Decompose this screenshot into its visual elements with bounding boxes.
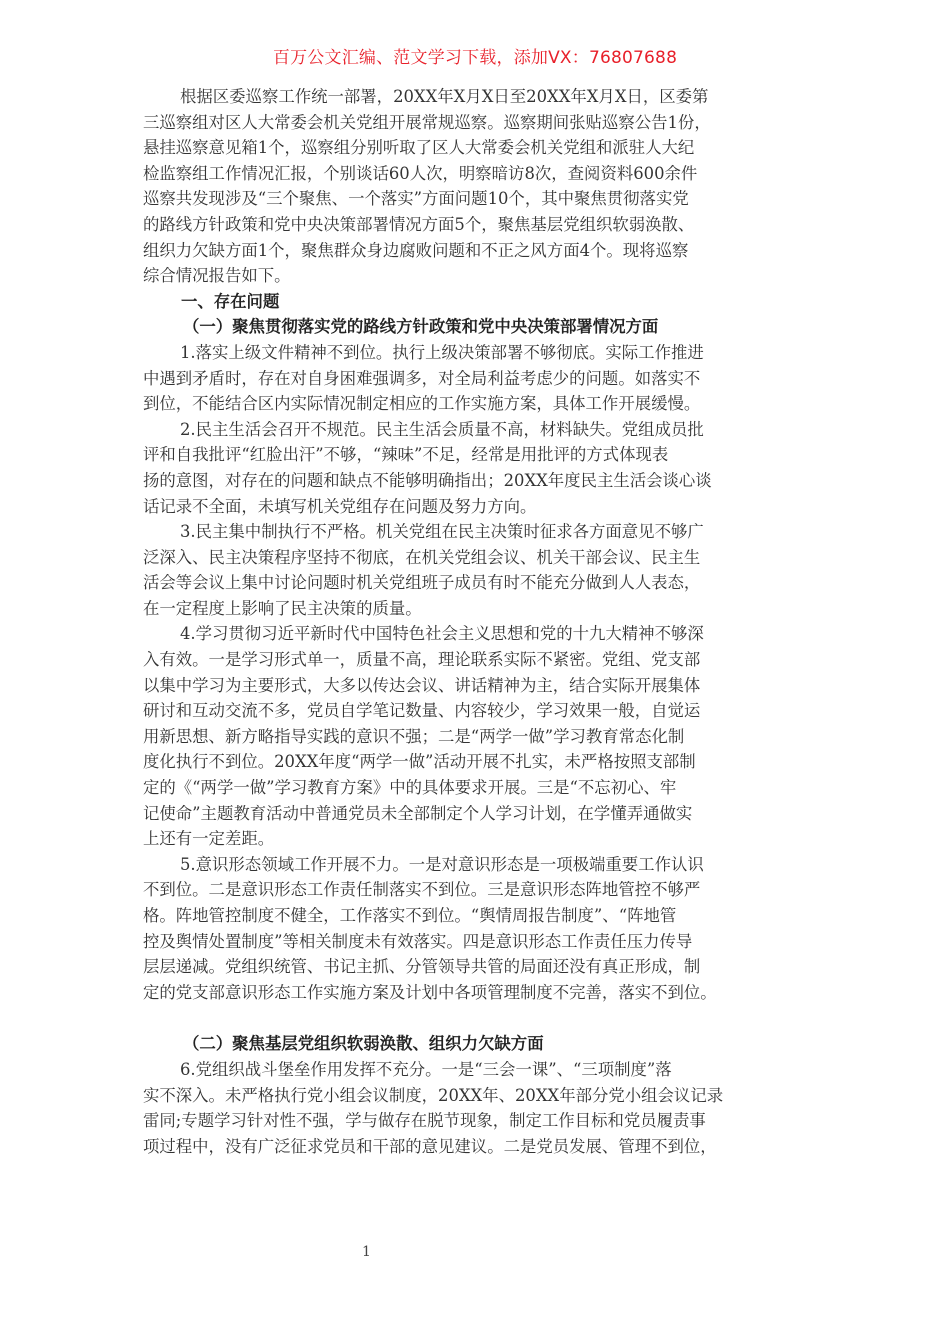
text-line: 3.民主集中制执行不严格。机关党组在民主决策时征求各方面意见不够广 xyxy=(143,519,819,545)
section-heading: 一、存在问题 xyxy=(143,289,819,315)
text-line: 以集中学习为主要形式，大多以传达会议、讲话精神为主，结合实际开展集体 xyxy=(143,673,819,699)
text-line: 悬挂巡察意见箱1个，巡察组分别听取了区人大常委会机关党组和派驻人大纪 xyxy=(143,135,819,161)
text-line: 定的党支部意识形态工作实施方案及计划中各项管理制度不完善，落实不到位。 xyxy=(143,980,819,1006)
text-line: 综合情况报告如下。 xyxy=(143,263,819,289)
subsection-1-items: 1.落实上级文件精神不到位。执行上级决策部署不够彻底。实际工作推进中遇到矛盾时，… xyxy=(143,340,819,1005)
text-line: 定的《“两学一做”学习教育方案》中的具体要求开展。三是“不忘初心、牢 xyxy=(143,775,819,801)
text-line: 的路线方针政策和党中央决策部署情况方面5个，聚焦基层党组织软弱涣散、 xyxy=(143,212,819,238)
text-line: 根据区委巡察工作统一部署，20XX年X月X日至20XX年X月X日，区委第 xyxy=(143,84,819,110)
text-line: 6.党组织战斗堡垒作用发挥不充分。一是“三会一课”、“三项制度”落 xyxy=(143,1057,819,1083)
text-line: 5.意识形态领域工作开展不力。一是对意识形态是一项极端重要工作认识 xyxy=(143,852,819,878)
text-line: 活会等会议上集中讨论问题时机关党组班子成员有时不能充分做到人人表态， xyxy=(143,570,819,596)
text-line: 度化执行不到位。20XX年度“两学一做”活动开展不扎实，未严格按照支部制 xyxy=(143,749,819,775)
text-line: 组织力欠缺方面1个，聚焦群众身边腐败问题和不正之风方面4个。现将巡察 xyxy=(143,238,819,264)
text-line: 格。阵地管控制度不健全，工作落实不到位。“舆情周报告制度”、“阵地管 xyxy=(143,903,819,929)
text-line: 1.落实上级文件精神不到位。执行上级决策部署不够彻底。实际工作推进 xyxy=(143,340,819,366)
document-body: 根据区委巡察工作统一部署，20XX年X月X日至20XX年X月X日，区委第三巡察组… xyxy=(143,84,819,1159)
text-line: 记使命”主题教育活动中普通党员未全部制定个人学习计划，在学懂弄通做实 xyxy=(143,801,819,827)
text-line: 到位，不能结合区内实际情况制定相应的工作实施方案，具体工作开展缓慢。 xyxy=(143,391,819,417)
text-line: 检监察组工作情况汇报，个别谈话60人次，明察暗访8次，查阅资料600余件 xyxy=(143,161,819,187)
text-line: 项过程中，没有广泛征求党员和干部的意见建议。二是党员发展、管理不到位， xyxy=(143,1134,819,1160)
watermark-banner: 百万公文汇编、范文学习下载，添加VX：76807688 xyxy=(0,46,950,70)
text-line: 2.民主生活会召开不规范。民主生活会质量不高，材料缺失。党组成员批 xyxy=(143,417,819,443)
intro-paragraph: 根据区委巡察工作统一部署，20XX年X月X日至20XX年X月X日，区委第三巡察组… xyxy=(143,84,819,289)
paragraph: 2.民主生活会召开不规范。民主生活会质量不高，材料缺失。党组成员批评和自我批评“… xyxy=(143,417,819,519)
paragraph: 6.党组织战斗堡垒作用发挥不充分。一是“三会一课”、“三项制度”落实不深入。未严… xyxy=(143,1057,819,1159)
paragraph: 1.落实上级文件精神不到位。执行上级决策部署不够彻底。实际工作推进中遇到矛盾时，… xyxy=(143,340,819,417)
text-line: 在一定程度上影响了民主决策的质量。 xyxy=(143,596,819,622)
text-line: 不到位。二是意识形态工作责任制落实不到位。三是意识形态阵地管控不够严 xyxy=(143,877,819,903)
text-line: 研讨和互动交流不多，党员自学笔记数量、内容较少，学习效果一般，自觉运 xyxy=(143,698,819,724)
subsection-2-items: 6.党组织战斗堡垒作用发挥不充分。一是“三会一课”、“三项制度”落实不深入。未严… xyxy=(143,1057,819,1159)
text-line: 三巡察组对区人大常委会机关党组开展常规巡察。巡察期间张贴巡察公告1份， xyxy=(143,110,819,136)
subsection-heading-2: （二）聚焦基层党组织软弱涣散、组织力欠缺方面 xyxy=(143,1031,819,1057)
text-line: 实不深入。未严格执行党小组会议制度，20XX年、20XX年部分党小组会议记录 xyxy=(143,1083,819,1109)
paragraph: 根据区委巡察工作统一部署，20XX年X月X日至20XX年X月X日，区委第三巡察组… xyxy=(143,84,819,289)
text-line: 扬的意图，对存在的问题和缺点不能够明确指出；20XX年度民主生活会谈心谈 xyxy=(143,468,819,494)
text-line: 泛深入、民主决策程序坚持不彻底，在机关党组会议、机关干部会议、民主生 xyxy=(143,545,819,571)
text-line: 中遇到矛盾时，存在对自身困难强调多，对全局利益考虑少的问题。如落实不 xyxy=(143,366,819,392)
paragraph: 4.学习贯彻习近平新时代中国特色社会主义思想和党的十九大精神不够深入有效。一是学… xyxy=(143,621,819,851)
text-line: 4.学习贯彻习近平新时代中国特色社会主义思想和党的十九大精神不够深 xyxy=(143,621,819,647)
text-line: 话记录不全面，未填写机关党组存在问题及努力方向。 xyxy=(143,494,819,520)
text-line: 控及舆情处置制度”等相关制度未有效落实。四是意识形态工作责任压力传导 xyxy=(143,929,819,955)
text-line: 巡察共发现涉及“三个聚焦、一个落实”方面问题10个，其中聚焦贯彻落实党 xyxy=(143,186,819,212)
text-line: 用新思想、新方略指导实践的意识不强；二是“两学一做”学习教育常态化制 xyxy=(143,724,819,750)
text-line: 层层递减。党组织统管、书记主抓、分管领导共管的局面还没有真正形成，制 xyxy=(143,954,819,980)
text-line: 上还有一定差距。 xyxy=(143,826,819,852)
spacer xyxy=(143,1005,819,1031)
subsection-heading-1: （一）聚焦贯彻落实党的路线方针政策和党中央决策部署情况方面 xyxy=(143,314,819,340)
text-line: 评和自我批评“红脸出汗”不够，“辣味”不足，经常是用批评的方式体现表 xyxy=(143,442,819,468)
text-line: 入有效。一是学习形式单一，质量不高，理论联系实际不紧密。党组、党支部 xyxy=(143,647,819,673)
document-page: 百万公文汇编、范文学习下载，添加VX：76807688 根据区委巡察工作统一部署… xyxy=(0,0,950,1344)
text-line: 雷同;专题学习针对性不强，学与做存在脱节现象，制定工作目标和党员履责事 xyxy=(143,1108,819,1134)
paragraph: 3.民主集中制执行不严格。机关党组在民主决策时征求各方面意见不够广泛深入、民主决… xyxy=(143,519,819,621)
page-number: 1 xyxy=(362,1244,371,1260)
paragraph: 5.意识形态领域工作开展不力。一是对意识形态是一项极端重要工作认识不到位。二是意… xyxy=(143,852,819,1006)
